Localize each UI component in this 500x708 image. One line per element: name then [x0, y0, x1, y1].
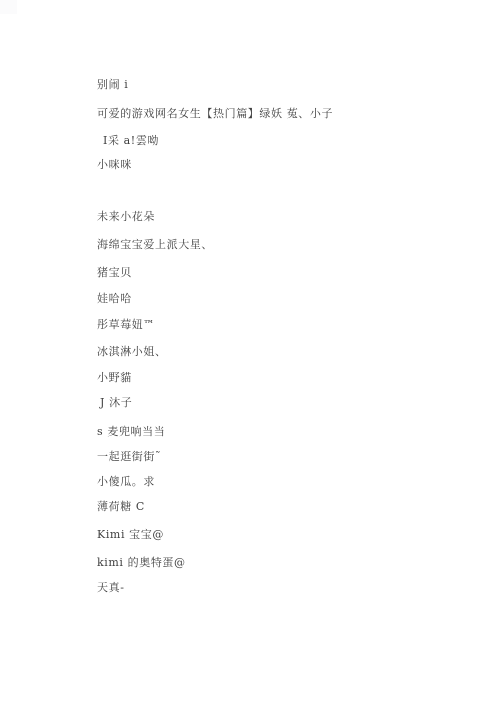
text-line-nickname: 彤草莓妞™	[97, 318, 155, 331]
text-line-nickname: s 麦兜响当当	[97, 425, 165, 438]
text-line-nickname: 未来小花朵	[97, 210, 155, 223]
text-line-nickname: 薄荷糖 C	[97, 500, 145, 513]
text-line-nickname: Kimi 宝宝@	[97, 528, 164, 541]
text-line-nickname: 猪宝贝	[97, 266, 132, 279]
text-line-nickname: 一起逛街街˜	[97, 450, 161, 463]
page-title: 可爱的游戏网名女生【热门篇】绿妖 菟、小子	[97, 107, 333, 120]
text-line-nickname: 天真-	[97, 581, 125, 594]
text-line-nickname: 娃哈哈	[97, 292, 132, 305]
text-line-nickname: 冰淇淋小姐、	[97, 345, 167, 358]
text-line-nickname: 小咪咪	[97, 158, 132, 171]
page-corner-shade	[0, 0, 17, 14]
text-line-nickname: Ⅰ采 a!雲呦	[103, 134, 159, 147]
text-line-nickname: 别闹 i	[97, 78, 128, 91]
text-line-nickname: kimi 的奥特蛋@	[97, 556, 186, 569]
text-line-nickname: J 沐子	[100, 396, 132, 409]
text-line-nickname: 小野貓	[97, 371, 132, 384]
text-line-nickname: 小傻瓜。求	[97, 475, 155, 488]
document-page: 别闹 i 可爱的游戏网名女生【热门篇】绿妖 菟、小子 Ⅰ采 a!雲呦 小咪咪 未…	[0, 0, 500, 708]
text-line-nickname: 海绵宝宝爱上派大星、	[97, 238, 213, 251]
